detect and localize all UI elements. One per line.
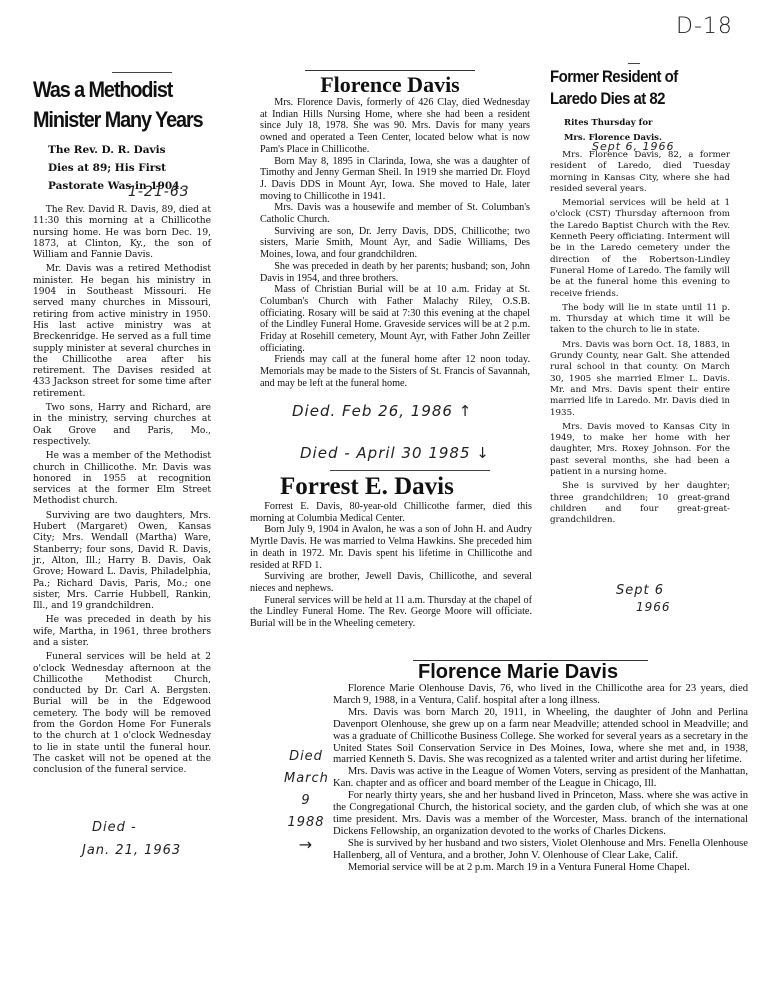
clipping-florence-davis: Florence Davis Mrs. Florence Davis, form… <box>260 70 530 390</box>
article-body: Florence Marie Olenhouse Davis, 76, who … <box>333 683 748 874</box>
paragraph: Mrs. Davis was born Oct. 18, 1883, in Gr… <box>550 340 730 419</box>
paragraph: Memorial service will be at 2 p.m. March… <box>333 862 748 874</box>
paragraph: Surviving are son, Dr. Jerry Davis, DDS,… <box>260 226 530 261</box>
divider-rule <box>112 72 172 73</box>
paragraph: Mrs. Davis was a housewife and member of… <box>260 202 530 225</box>
handwritten-date: Sept 6, 1966 <box>592 140 675 153</box>
handwritten-date: 1-21-63 <box>128 184 190 200</box>
headline: Was a Methodist Minister Many Years <box>33 75 193 135</box>
clipping-forrest-davis: Forrest E. Davis Forrest E. Davis, 80-ye… <box>250 473 532 630</box>
headline: Florence Davis <box>305 70 475 97</box>
paragraph: She is survived by her husband and two s… <box>333 838 748 862</box>
paragraph: She was preceded in death by her parents… <box>260 261 530 284</box>
headline: Former Resident of Laredo Dies at 82 <box>550 66 708 110</box>
clipping-methodist-minister: Was a Methodist Minister Many Years The … <box>33 75 211 780</box>
page-label: D-18 <box>676 14 733 39</box>
handwritten-note: Jan. 21, 1963 <box>82 843 181 858</box>
headline-line-1: Former Resident of <box>550 67 678 86</box>
article-body: Mrs. Florence Davis, formerly of 426 Cla… <box>260 97 530 390</box>
handwritten-line: March <box>284 768 328 790</box>
paragraph: The Rev. David R. Davis, 89, died at 11:… <box>33 205 211 261</box>
handwritten-line: 9 <box>284 790 328 812</box>
article-body: Mrs. Florence Davis, 82, a former reside… <box>550 150 730 527</box>
paragraph: Mrs. Florence Davis, formerly of 426 Cla… <box>260 97 530 156</box>
arrow-icon: → <box>284 834 328 856</box>
headline: Florence Marie Davis <box>413 660 648 683</box>
handwritten-note: Died March 9 1988 → <box>284 746 328 856</box>
handwritten-note: Sept 6 <box>616 583 664 598</box>
deck-line: The Rev. D. R. Davis <box>48 141 211 159</box>
paragraph: Born May 8, 1895 in Clarinda, Iowa, she … <box>260 156 530 203</box>
paragraph: Friends may call at the funeral home aft… <box>260 354 530 389</box>
handwritten-note: Died - <box>92 820 137 835</box>
paragraph: He was preceded in death by his wife, Ma… <box>33 615 211 649</box>
handwritten-line: Died <box>284 746 328 768</box>
deck-line: Dies at 89; His First <box>48 159 211 177</box>
paragraph: Mrs. Davis moved to Kansas City in 1949,… <box>550 422 730 478</box>
paragraph: Mrs. Florence Davis, 82, a former reside… <box>550 150 730 195</box>
divider-rule <box>330 470 490 471</box>
handwritten-note: 1966 <box>636 600 671 614</box>
paragraph: Memorial services will be held at 1 o'cl… <box>550 198 730 300</box>
paragraph: Surviving are brother, Jewell Davis, Chi… <box>250 571 532 594</box>
handwritten-line: 1988 <box>284 812 328 834</box>
deck-line: Rites Thursday for <box>564 116 730 131</box>
handwritten-note: Died. Feb 26, 1986 ↑ <box>292 402 472 420</box>
paragraph: Mass of Christian Burial will be at 10 a… <box>260 284 530 354</box>
headline-line-2: Minister Many Years <box>33 107 203 132</box>
paragraph: The body will lie in state until 11 p. m… <box>550 303 730 337</box>
paragraph: Mr. Davis was a retired Methodist minist… <box>33 264 211 400</box>
paragraph: For nearly thirty years, she and her hus… <box>333 790 748 838</box>
paragraph: Funeral services will be held at 11 a.m.… <box>250 595 532 630</box>
paragraph: He was a member of the Methodist church … <box>33 451 211 507</box>
headline-line-1: Was a Methodist <box>33 77 172 102</box>
handwritten-note: Died - April 30 1985 ↓ <box>300 444 490 462</box>
article-body: Forrest E. Davis, 80-year-old Chillicoth… <box>250 501 532 630</box>
paragraph: Forrest E. Davis, 80-year-old Chillicoth… <box>250 501 532 524</box>
paragraph: Mrs. Davis was born March 20, 1911, in W… <box>333 707 748 767</box>
article-body: The Rev. David R. Davis, 89, died at 11:… <box>33 205 211 777</box>
headline-line-2: Laredo Dies at 82 <box>550 89 665 108</box>
divider-rule <box>628 63 640 64</box>
clipping-florence-marie-davis: Florence Marie Davis Florence Marie Olen… <box>333 660 748 874</box>
paragraph: Mrs. Davis was active in the League of W… <box>333 766 748 790</box>
headline: Forrest E. Davis <box>280 473 532 501</box>
paragraph: Funeral services will be held at 2 o'clo… <box>33 652 211 776</box>
paragraph: Two sons, Harry and Richard, are in the … <box>33 403 211 448</box>
clipping-laredo: Former Resident of Laredo Dies at 82 Rit… <box>550 66 730 530</box>
paragraph: Florence Marie Olenhouse Davis, 76, who … <box>333 683 748 707</box>
paragraph: She is survived by her daughter; three g… <box>550 481 730 526</box>
paragraph: Surviving are two daughters, Mrs. Hubert… <box>33 511 211 613</box>
paragraph: Born July 9, 1904 in Avalon, he was a so… <box>250 524 532 571</box>
